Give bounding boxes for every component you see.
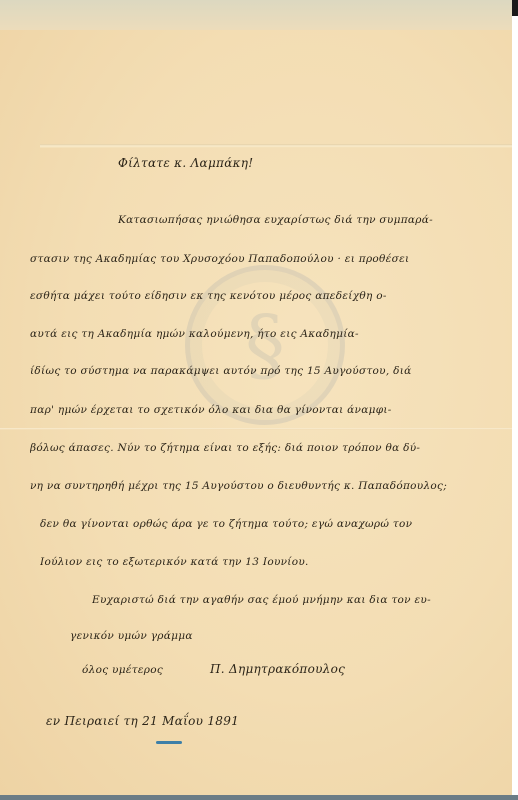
body-line: παρ' ημών έρχεται το σχετικόν όλο και δι… xyxy=(30,404,508,416)
scan-bottom-edge xyxy=(0,795,518,800)
body-line: στασιν της Ακαδημίας του Χρυσοχόου Παπαδ… xyxy=(30,253,508,265)
body-line: ίδίως το σύστημα να παρακάμψει αυτόν πρό… xyxy=(30,365,508,377)
body-line: βόλως άπασες. Νύν το ζήτημα είναι το εξή… xyxy=(30,442,508,454)
closing: όλος υμέτερος xyxy=(82,664,163,676)
body-line: δεν θα γίνονται ορθώς άρα γε το ζήτημα τ… xyxy=(40,518,512,530)
signature: Π. Δημητρακόπουλος xyxy=(210,662,345,676)
library-stamp-icon: § xyxy=(185,265,345,425)
body-line: Ιούλιον εις το εξωτερικόν κατά την 13 Ιο… xyxy=(40,556,512,568)
scan-right-edge xyxy=(512,0,518,800)
paper-top-band xyxy=(0,0,512,30)
body-line: Ευχαριστώ διά την αγαθήν σας έμού μνήμην… xyxy=(92,594,512,606)
place-date: εν Πειραιεί τη 21 Μαΐου 1891 xyxy=(46,714,239,728)
body-line: νη να συντηρηθή μέχρι της 15 Αυγούστου ο… xyxy=(30,480,508,492)
body-line: Κατασιωπήσας ηνιώθησα ευχαρίστως διά την… xyxy=(118,214,512,226)
blue-ink-mark xyxy=(156,741,182,744)
body-line: γενικόν υμών γράμμα xyxy=(70,630,512,642)
body-line: αυτά εις τη Ακαδημία ημών καλούμενη, ήτο… xyxy=(30,328,508,340)
letter-page: § Φίλτατε κ. Λαμπάκη! Κατασιωπήσας ηνιώθ… xyxy=(0,0,512,795)
body-line: εσθήτα μάχει τούτο είδησιν εκ της κενότο… xyxy=(30,290,508,302)
paper-fold-line xyxy=(0,428,512,430)
salutation: Φίλτατε κ. Λαμπάκη! xyxy=(118,156,253,170)
paper-fold-line xyxy=(40,144,512,148)
